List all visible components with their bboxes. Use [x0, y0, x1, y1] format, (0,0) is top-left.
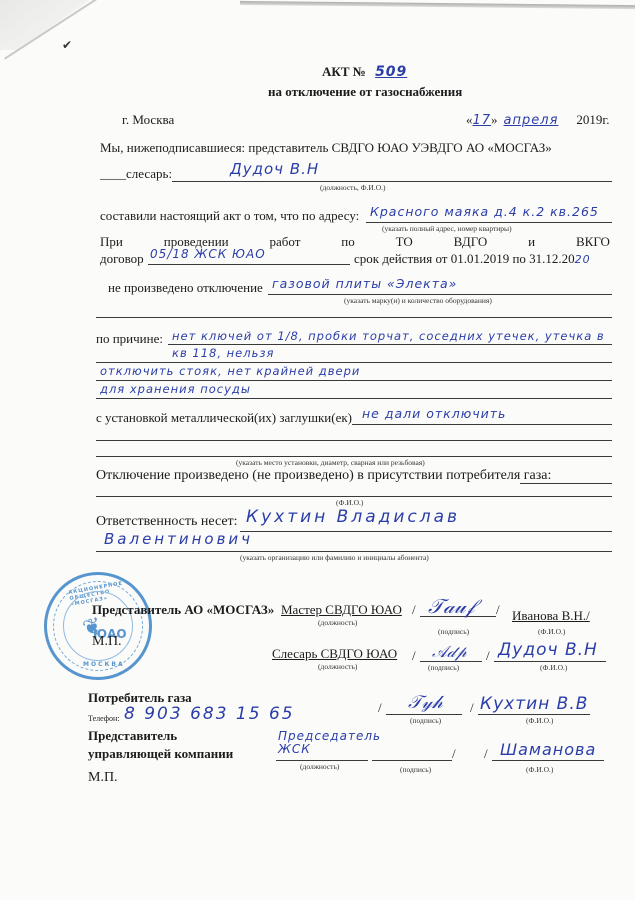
presence-underline-2	[96, 496, 612, 497]
company-stamp: ❦ ЮАО МОСКВА АКЦИОНЕРНОЕ ОБЩЕСТВО «МОСГА…	[44, 572, 152, 680]
blank-line	[96, 317, 612, 318]
works-word: При	[100, 234, 123, 250]
consumer-signature: 𝒯𝓎𝒽	[408, 692, 443, 713]
document-date: «17»апреля2019г.	[466, 112, 610, 128]
address-value: Красного маяка д.4 к.2 кв.265	[370, 204, 599, 219]
fitter-label: ____слесарь:	[100, 166, 172, 182]
responsibility-hint: (указать организацию или фамилию и иници…	[240, 553, 429, 562]
presence-label: Отключение произведено (не произведено) …	[96, 468, 551, 484]
fitter-underline	[172, 181, 612, 182]
act-number: 509	[369, 64, 413, 80]
fitter-signature-hint: (подпись)	[428, 663, 459, 672]
equipment-value: газовой плиты «Электа»	[272, 276, 457, 291]
reason-underline-3	[96, 380, 612, 381]
folded-corner	[0, 0, 90, 50]
reason-label: по причине:	[96, 331, 163, 347]
contract-value: 05/18 ЖСК ЮАО	[150, 247, 266, 261]
mc-name-line	[492, 760, 604, 761]
mc-rep-label-2: управляющей компании	[88, 746, 233, 762]
phone-value: 8 903 683 15 65	[124, 704, 295, 724]
document-title: АКТ № 509	[322, 64, 413, 80]
address-label: составили настоящий акт о том, что по ад…	[100, 208, 359, 224]
title-text: АКТ №	[322, 64, 366, 79]
presence-underline-1	[520, 483, 612, 484]
blank-line	[96, 440, 612, 441]
intro-text: Мы, нижеподписавшиеся: представитель СВД…	[100, 140, 552, 156]
consumer-signature-hint: (подпись)	[410, 716, 441, 725]
contract-underline	[148, 264, 350, 265]
city: г. Москва	[122, 112, 174, 128]
stamp-place: М.П.	[92, 634, 122, 650]
responsibility-value-1: Кухтин Владислав	[246, 507, 460, 527]
responsibility-underline-2	[96, 551, 612, 552]
mc-position-line	[276, 760, 368, 761]
works-word: ВКГО	[576, 234, 610, 250]
slash: /	[452, 746, 456, 762]
phone-label: Телефон:	[88, 714, 119, 723]
slash: /	[378, 700, 382, 716]
slash: /	[412, 602, 416, 618]
fitter-fio-hint: (Ф.И.О.)	[540, 663, 567, 672]
consumer-fio-hint: (Ф.И.О.)	[526, 716, 553, 725]
mc-position: Председатель ЖСК	[278, 730, 368, 756]
address-underline	[366, 222, 612, 223]
master-position: Мастер СВДГО ЮАО	[281, 602, 402, 618]
mc-signature-hint: (подпись)	[400, 765, 431, 774]
works-word: работ	[269, 234, 300, 250]
responsibility-underline-1	[240, 531, 612, 532]
fitter-position-hint: (должность)	[318, 662, 357, 671]
master-signature: 𝒯𝒶𝓊𝒻	[428, 594, 475, 618]
plug-label: с установкой металлической(их) заглушки(…	[96, 410, 352, 426]
paper-top-edge	[240, 1, 635, 9]
contract-term: срок действия от 01.01.2019 по 31.12.202…	[354, 251, 591, 267]
address-hint: (указать полный адрес, номер квартиры)	[382, 224, 512, 233]
contract-term-year: 20	[575, 253, 591, 266]
master-name: Иванова В.Н./	[512, 608, 590, 624]
slash: /	[486, 648, 490, 664]
presence-hint: (Ф.И.О.)	[336, 498, 363, 507]
fitter-position: Слесарь СВДГО ЮАО	[272, 646, 397, 662]
plug-hint: (указать место установки, диаметр, сварн…	[236, 458, 425, 467]
consumer-name-line	[478, 714, 590, 715]
mosgaz-rep-label: Представитель АО «МОСГАЗ»	[92, 602, 274, 618]
works-word: по	[341, 234, 354, 250]
stamp-city: МОСКВА	[83, 661, 125, 668]
reason-underline-4	[96, 398, 612, 399]
slash: /	[470, 700, 474, 716]
mc-name: Шаманова	[500, 740, 596, 759]
master-signature-hint: (подпись)	[438, 627, 469, 636]
mc-rep-label-1: Представитель	[88, 728, 177, 744]
master-position-hint: (должность)	[318, 618, 357, 627]
plug-underline	[352, 424, 612, 425]
contract-term-text: срок действия от 01.01.2019 по 31.12.20	[354, 251, 575, 266]
contract-label: договор	[100, 251, 144, 267]
consumer-name: Кухтин В.В	[480, 694, 588, 714]
equipment-underline	[268, 294, 612, 295]
reason-value-1: нет ключей от 1/8, пробки торчат, соседн…	[172, 328, 612, 362]
blank-line	[96, 456, 612, 457]
date-day: 17	[473, 113, 492, 128]
date-month: апреля	[498, 113, 577, 128]
fitter-name: Дудоч В.Н	[498, 640, 598, 660]
master-fio-hint: (Ф.И.О.)	[538, 627, 565, 636]
works-word: ТО	[396, 234, 413, 250]
slash: /	[412, 648, 416, 664]
fitter-hint: (должность, Ф.И.О.)	[320, 183, 386, 192]
works-word: ВДГО	[454, 234, 488, 250]
plug-value: не дали отключить	[362, 406, 506, 421]
fitter-signature: 𝒜𝒹𝓅	[432, 642, 467, 662]
reason-underline-2	[96, 362, 612, 363]
fitter-name-line	[494, 661, 606, 662]
works-word: и	[528, 234, 535, 250]
document-subtitle: на отключение от газоснабжения	[268, 84, 462, 100]
mc-fio-hint: (Ф.И.О.)	[526, 765, 553, 774]
mc-signature-line	[372, 760, 452, 761]
fitter-value: Дудоч В.Н	[230, 160, 319, 178]
reason-value-2: отключить стояк, нет крайней двери	[100, 364, 360, 378]
consumer-signature-line	[386, 714, 462, 715]
responsibility-label: Ответственность несет:	[96, 514, 238, 530]
date-quote-close: »	[491, 112, 498, 127]
check-mark-icon: ✔	[62, 38, 72, 52]
scanned-document-page: ✔ АКТ № 509 на отключение от газоснабжен…	[0, 0, 635, 900]
equipment-hint: (указать марку(и) и количество оборудова…	[344, 296, 492, 305]
mc-stamp-place: М.П.	[88, 770, 118, 786]
reason-value-3: для хранения посуды	[100, 382, 251, 396]
responsibility-value-2: Валентинович	[104, 530, 253, 548]
date-year: 2019г.	[576, 112, 609, 127]
not-disconnected-label: не произведено отключение	[108, 280, 263, 296]
slash: /	[496, 602, 500, 618]
slash: /	[484, 746, 488, 762]
mc-position-hint: (должность)	[300, 762, 339, 771]
